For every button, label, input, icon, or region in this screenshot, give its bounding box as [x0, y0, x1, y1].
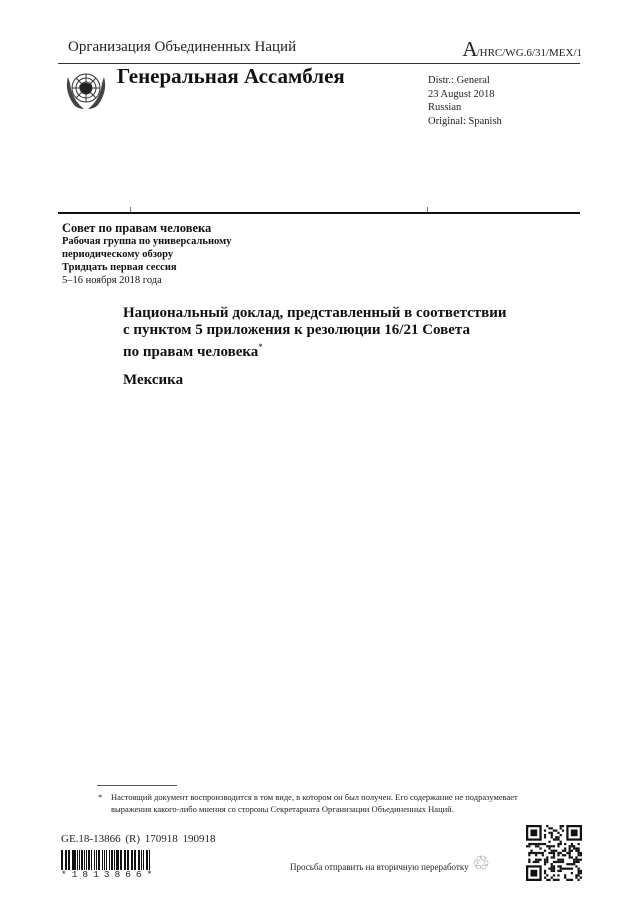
working-group-cont: периодическому обзору — [62, 248, 231, 261]
recycle-icon: ♲ — [472, 853, 494, 875]
title-line: с пунктом 5 приложения к резолюции 16/21… — [123, 322, 543, 339]
distr-original: Original: Spanish — [428, 115, 502, 129]
title-line: Национальный доклад, представленный в со… — [123, 305, 543, 322]
footnote-text: Настоящий документ воспроизводится в том… — [111, 792, 518, 814]
symbol-rest: /HRC/WG.6/31/MEX/1 — [477, 47, 582, 59]
distribution-block: Distr.: General 23 August 2018 Russian O… — [428, 74, 502, 128]
recycle-note: Просьба отправить на вторичную переработ… — [290, 862, 469, 872]
footnote-star: * — [98, 791, 102, 803]
working-group: Рабочая группа по универсальному — [62, 235, 231, 248]
un-emblem-icon — [62, 67, 110, 113]
council-name: Совет по правам человека — [62, 222, 231, 235]
job-number: GE.18-13866 (R) 170918 190918 — [61, 833, 216, 845]
document-symbol: A/HRC/WG.6/31/MEX/1 — [462, 37, 582, 62]
section-rule — [58, 212, 580, 214]
footnote-marker[interactable]: * — [258, 342, 263, 352]
footnote: * Настоящий документ воспроизводится в т… — [111, 791, 521, 815]
symbol-prefix: A — [462, 37, 476, 61]
distr-date: 23 August 2018 — [428, 88, 502, 102]
session-dates: 5–16 ноября 2018 года — [62, 274, 231, 287]
barcode-icon — [61, 850, 151, 870]
distr-language: Russian — [428, 101, 502, 115]
country-name: Мексика — [123, 372, 183, 389]
distr-status: Distr.: General — [428, 74, 502, 88]
assembly-title: Генеральная Ассамблея — [117, 64, 345, 89]
document-title: Национальный доклад, представленный в со… — [123, 305, 543, 361]
council-block: Совет по правам человека Рабочая группа … — [62, 222, 231, 287]
qr-code-icon — [526, 825, 582, 881]
title-line: по правам человека — [123, 344, 258, 360]
barcode-number: *1813866* — [61, 869, 157, 880]
organization-name: Организация Объединенных Наций — [68, 39, 296, 56]
session: Тридцать первая сессия — [62, 261, 231, 274]
footnote-rule — [97, 785, 177, 786]
